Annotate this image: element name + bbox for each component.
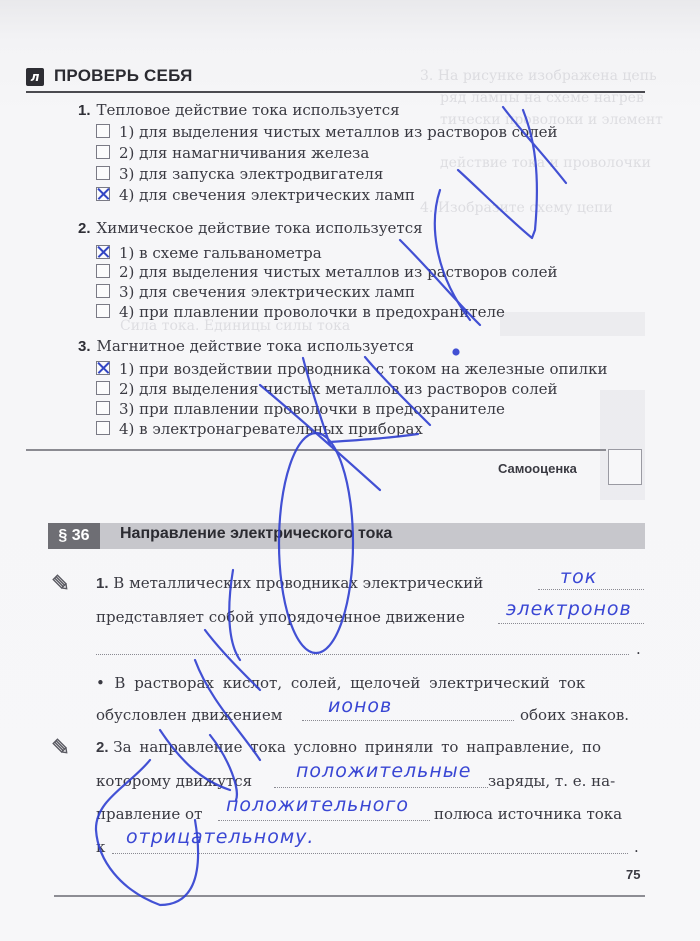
question-number: 1. — [78, 102, 91, 119]
header-divider — [26, 91, 645, 93]
option-q1-2[interactable]: 2) для намагничивания железа — [96, 144, 369, 164]
option-label: 1) для выделения чистых металлов из раст… — [119, 123, 558, 141]
answer-blank[interactable] — [112, 853, 628, 854]
page-title: ПРОВЕРЬ СЕБЯ — [54, 66, 192, 86]
task-text: За направление тока условно приняли то н… — [113, 738, 601, 756]
checkbox[interactable] — [96, 421, 110, 435]
option-q1-1[interactable]: 1) для выделения чистых металлов из раст… — [96, 123, 558, 143]
show-through-text: действие тока и проволочки — [440, 155, 651, 171]
option-q2-1[interactable]: 1) в схеме гальванометра — [96, 244, 322, 264]
question-text: Тепловое действие тока используется — [97, 101, 400, 119]
task1-line2: представляет собой упорядоченное движени… — [96, 608, 465, 626]
option-label: 1) при воздействии проводника с током на… — [119, 360, 607, 378]
task-text: В металлических проводниках электрически… — [113, 574, 483, 592]
option-q1-4[interactable]: 4) для свечения электрических ламп — [96, 186, 415, 206]
checkbox[interactable] — [96, 304, 110, 318]
question-1: 1.Тепловое действие тока используется — [78, 101, 400, 119]
checkbox[interactable] — [96, 264, 110, 278]
task2-line1: 2. За направление тока условно приняли т… — [96, 738, 601, 756]
option-label: 3) при плавлении проволочки в предохрани… — [119, 400, 505, 418]
handwritten-answer: электронов — [506, 598, 632, 620]
question-number: 2. — [78, 220, 91, 237]
handwritten-answer: положительного — [226, 794, 409, 816]
task-number: 1. — [96, 575, 109, 592]
handwritten-answer: отрицательному. — [126, 826, 314, 848]
task2-line3: правление от — [96, 805, 202, 823]
checkbox[interactable] — [96, 166, 110, 180]
checkbox[interactable] — [96, 401, 110, 415]
self-assessment-box[interactable] — [608, 449, 642, 485]
period: . — [634, 838, 639, 856]
option-q3-4[interactable]: 4) в электронагревательных приборах — [96, 420, 423, 440]
pencil-icon — [52, 574, 70, 592]
task2-line2-end: заряды, т. е. на- — [488, 772, 615, 790]
option-q2-2[interactable]: 2) для выделения чистых металлов из раст… — [96, 263, 558, 283]
option-label: 4) при плавлении проволочки в предохрани… — [119, 303, 505, 321]
period: . — [636, 640, 641, 658]
option-label: 2) для намагничивания железа — [119, 144, 369, 162]
l-letter-icon: л — [26, 68, 44, 86]
page-number: 75 — [626, 867, 640, 882]
checkbox-checked[interactable] — [96, 245, 110, 259]
workbook-page: 3. На рисунке изображена цепь ряд лампы … — [0, 0, 700, 941]
handwritten-answer: положительные — [296, 760, 472, 782]
answer-blank[interactable] — [538, 589, 644, 590]
answer-blank[interactable] — [498, 623, 644, 624]
checkbox[interactable] — [96, 381, 110, 395]
show-through-block — [500, 312, 645, 336]
pencil-icon — [52, 738, 70, 756]
task1-line4: • В растворах кислот, солей, щелочей эле… — [96, 674, 585, 692]
checkbox[interactable] — [96, 284, 110, 298]
answer-blank[interactable] — [96, 654, 629, 655]
task2-line4: к — [96, 838, 105, 856]
option-label: 3) для свечения электрических ламп — [119, 283, 415, 301]
option-label: 2) для выделения чистых металлов из раст… — [119, 263, 558, 281]
option-label: 3) для запуска электродвигателя — [119, 165, 383, 183]
option-q1-3[interactable]: 3) для запуска электродвигателя — [96, 165, 383, 185]
option-q3-3[interactable]: 3) при плавлении проволочки в предохрани… — [96, 400, 505, 420]
task2-line2: которому движутся — [96, 772, 252, 790]
task1-line5: обусловлен движением — [96, 706, 282, 724]
option-q2-4[interactable]: 4) при плавлении проволочки в предохрани… — [96, 303, 505, 323]
checkbox-checked[interactable] — [96, 187, 110, 201]
handwritten-answer: ионов — [328, 695, 392, 717]
task1-line1: 1. В металлических проводниках электриче… — [96, 574, 483, 592]
checkbox[interactable] — [96, 145, 110, 159]
task1-line5-end: обоих знаков. — [520, 706, 629, 724]
option-label: 1) в схеме гальванометра — [119, 244, 322, 262]
option-q3-2[interactable]: 2) для выделения чистых металлов из раст… — [96, 380, 558, 400]
section-title: Направление электрического тока — [120, 525, 392, 543]
answer-blank[interactable] — [218, 820, 430, 821]
self-assessment-label: Самооценка — [498, 461, 577, 476]
bullet: • — [96, 674, 105, 692]
checkbox[interactable] — [96, 124, 110, 138]
option-q3-1[interactable]: 1) при воздействии проводника с током на… — [96, 360, 607, 380]
option-q2-3[interactable]: 3) для свечения электрических ламп — [96, 283, 415, 303]
section-number: § 36 — [48, 523, 100, 549]
option-label: 2) для выделения чистых металлов из раст… — [119, 380, 558, 398]
option-label: 4) в электронагревательных приборах — [119, 420, 423, 438]
footer-divider — [54, 895, 645, 897]
section-header: л ПРОВЕРЬ СЕБЯ — [26, 66, 656, 94]
show-through-text: 4. Изобразите схему цепи — [420, 200, 613, 216]
question-text: Магнитное действие тока используется — [97, 337, 415, 355]
option-label: 4) для свечения электрических ламп — [119, 186, 415, 204]
checkbox-checked[interactable] — [96, 361, 110, 375]
answer-blank[interactable] — [274, 787, 488, 788]
divider — [26, 449, 606, 451]
question-3: 3.Магнитное действие тока используется — [78, 337, 414, 355]
task2-line3-end: полюса источника тока — [434, 805, 622, 823]
question-2: 2.Химическое действие тока используется — [78, 219, 423, 237]
answer-blank[interactable] — [302, 720, 514, 721]
question-text: Химическое действие тока используется — [97, 219, 423, 237]
handwritten-answer: ток — [560, 566, 597, 588]
task-text: В растворах кислот, солей, щелочей элект… — [114, 674, 585, 692]
task-number: 2. — [96, 739, 109, 756]
question-number: 3. — [78, 338, 91, 355]
